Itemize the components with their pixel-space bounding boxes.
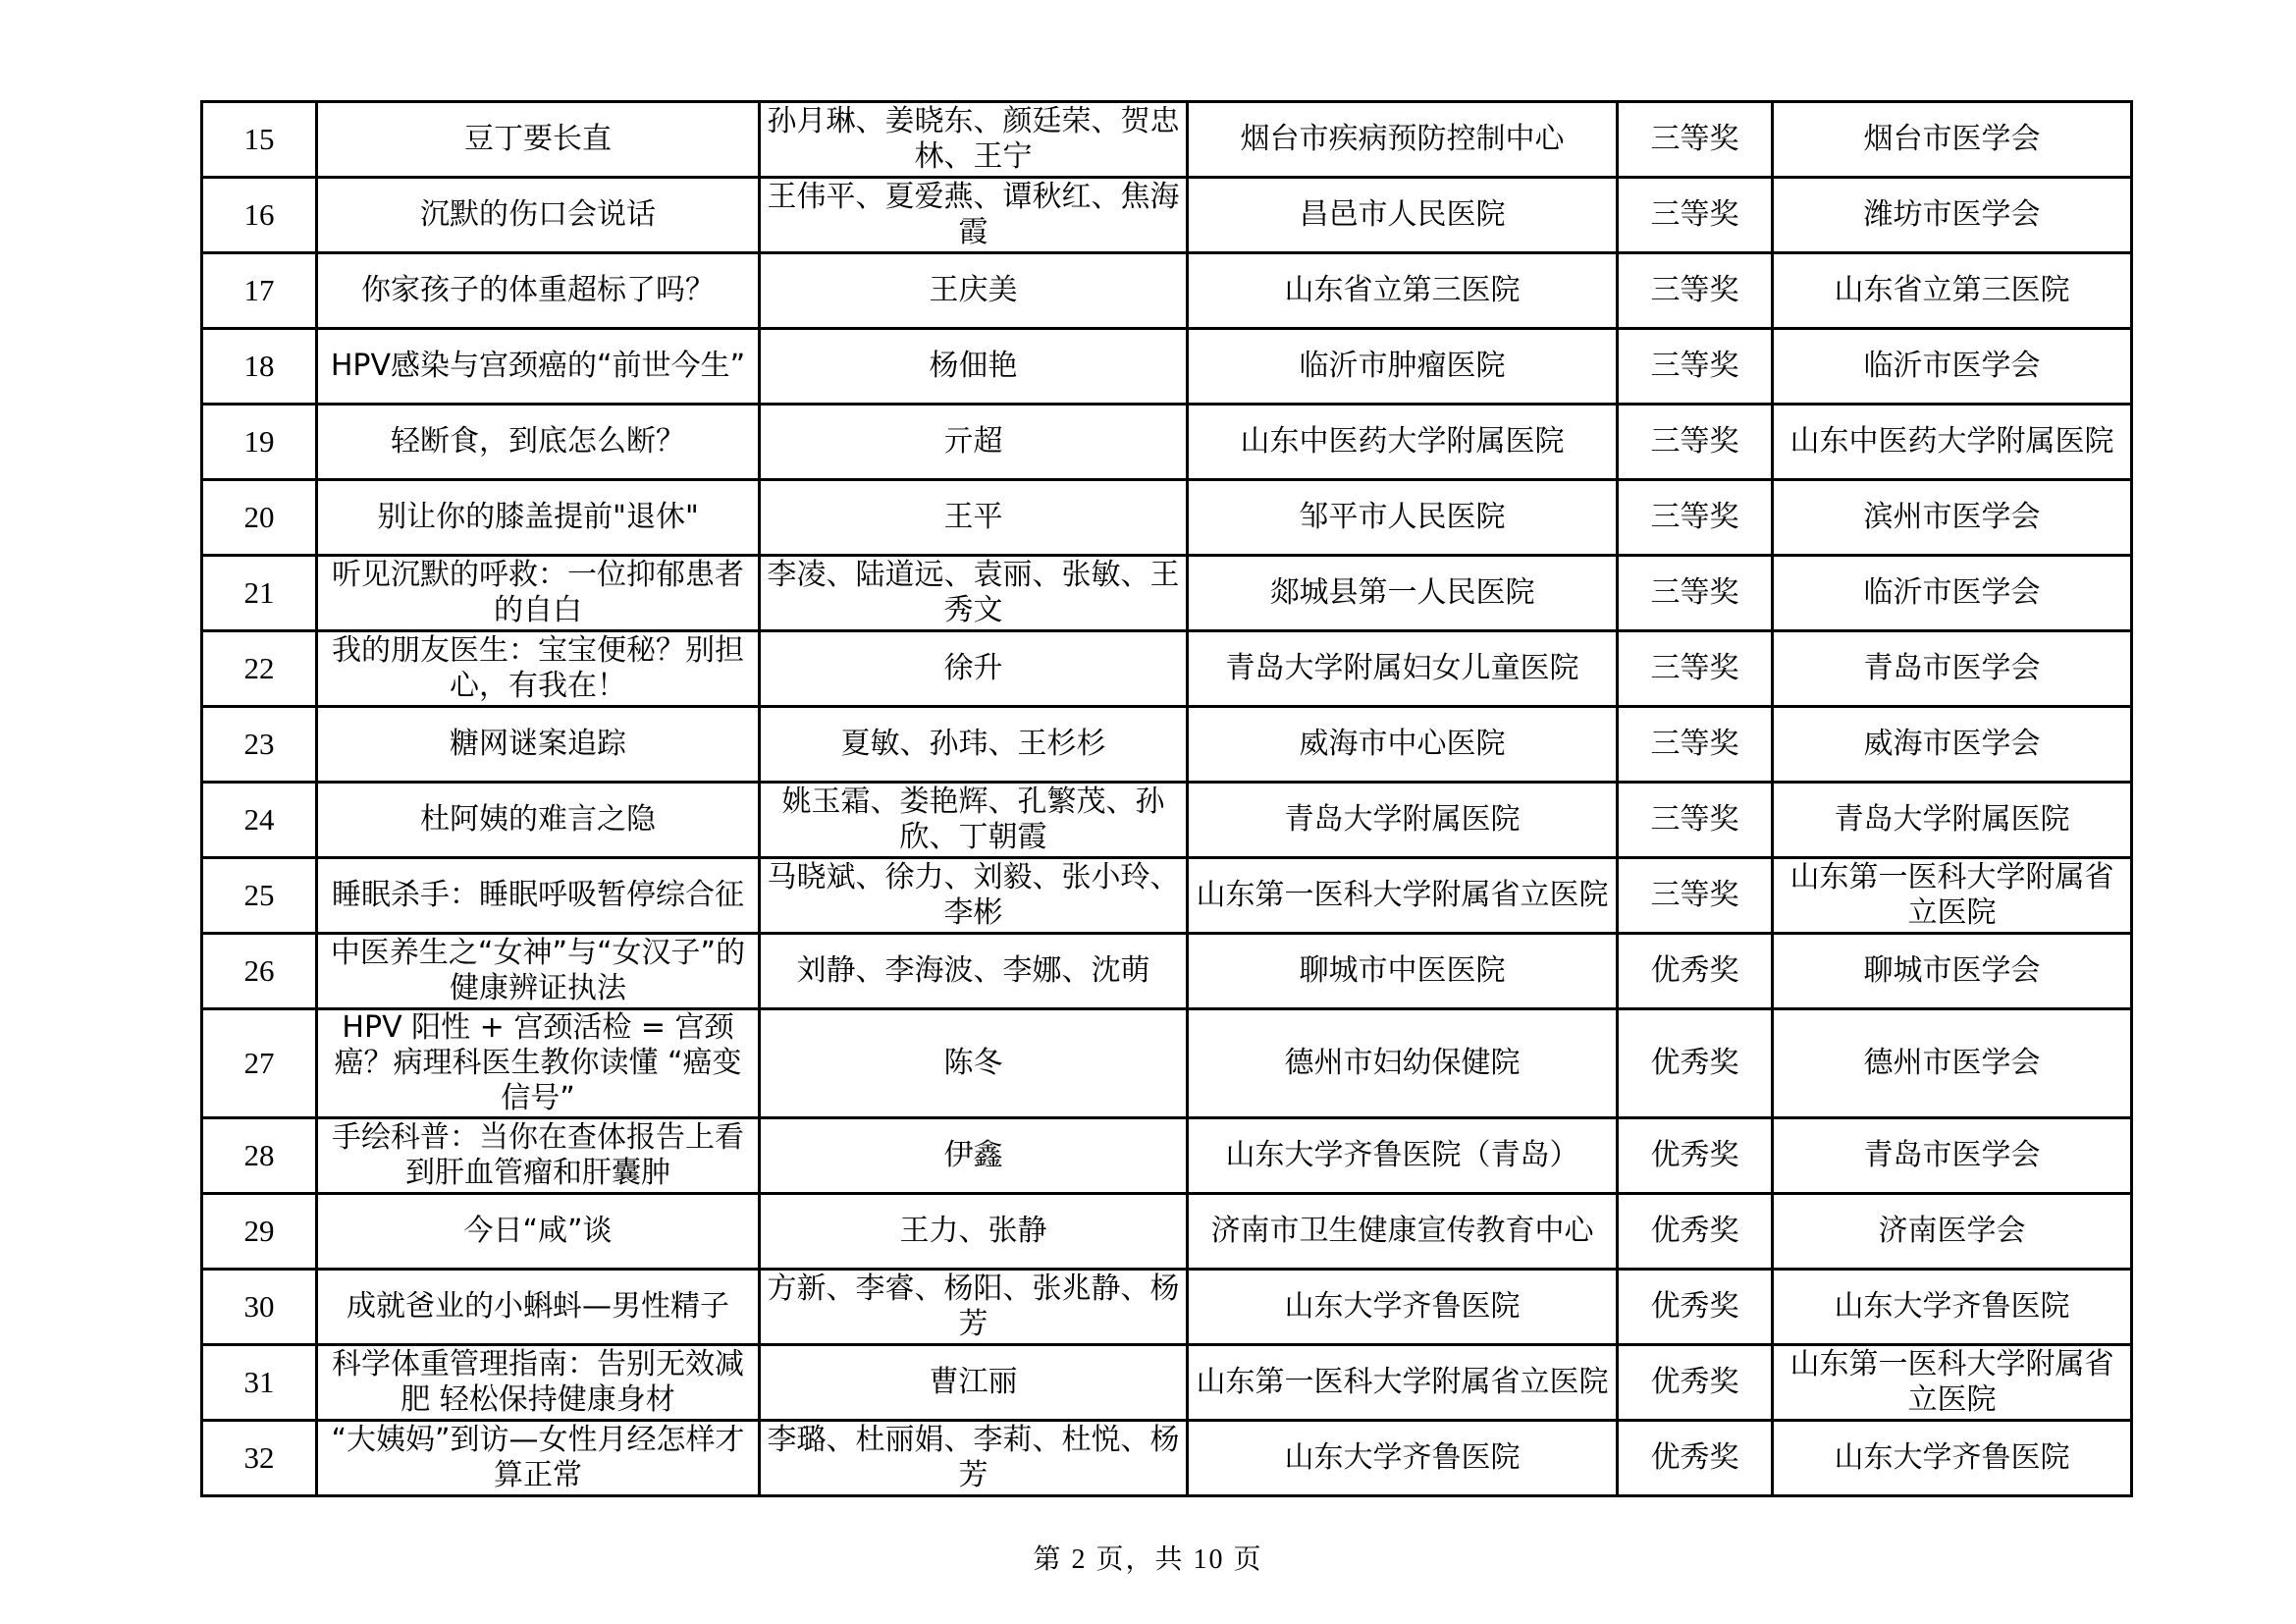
recommending-unit-cell: 山东第一医科大学附属省立医院 [1773,1345,2132,1421]
work-title-cell: 科学体重管理指南：告别无效减肥 轻松保持健康身材 [317,1345,760,1421]
row-number-cell: 23 [202,707,317,783]
table-row: 24杜阿姨的难言之隐姚玉霜、娄艳辉、孔繁茂、孙欣、丁朝霞青岛大学附属医院三等奖青… [202,783,2132,858]
recommending-unit-cell: 德州市医学会 [1773,1009,2132,1118]
award-level-cell: 优秀奖 [1618,934,1773,1009]
work-title-cell: 豆丁要长直 [317,102,760,178]
institution-cell: 青岛大学附属医院 [1188,783,1618,858]
recommending-unit-cell: 济南医学会 [1773,1194,2132,1270]
row-number-cell: 17 [202,253,317,329]
table-row: 29今日“咸”谈王力、张静济南市卫生健康宣传教育中心优秀奖济南医学会 [202,1194,2132,1270]
recommending-unit-cell: 滨州市医学会 [1773,480,2132,556]
table-body: 15豆丁要长直孙月琳、姜晓东、颜廷荣、贺忠林、王宁烟台市疾病预防控制中心三等奖烟… [202,102,2132,1496]
institution-cell: 济南市卫生健康宣传教育中心 [1188,1194,1618,1270]
authors-cell: 王力、张静 [760,1194,1188,1270]
institution-cell: 山东大学齐鲁医院 [1188,1270,1618,1345]
work-title-cell: HPV感染与宫颈癌的“前世今生” [317,329,760,405]
work-title-cell: 今日“咸”谈 [317,1194,760,1270]
row-number-cell: 31 [202,1345,317,1421]
row-number-cell: 28 [202,1118,317,1194]
recommending-unit-cell: 临沂市医学会 [1773,329,2132,405]
row-number-cell: 20 [202,480,317,556]
work-title-cell: 我的朋友医生：宝宝便秘？别担心，有我在！ [317,631,760,707]
award-level-cell: 三等奖 [1618,253,1773,329]
recommending-unit-cell: 山东大学齐鲁医院 [1773,1421,2132,1496]
table-row: 28手绘科普：当你在查体报告上看到肝血管瘤和肝囊肿伊鑫山东大学齐鲁医院（青岛）优… [202,1118,2132,1194]
institution-cell: 德州市妇幼保健院 [1188,1009,1618,1118]
table-row: 16沉默的伤口会说话王伟平、夏爱燕、谭秋红、焦海霞昌邑市人民医院三等奖潍坊市医学… [202,178,2132,253]
award-list-table: 15豆丁要长直孙月琳、姜晓东、颜廷荣、贺忠林、王宁烟台市疾病预防控制中心三等奖烟… [200,100,2133,1497]
row-number-cell: 25 [202,858,317,934]
award-level-cell: 优秀奖 [1618,1194,1773,1270]
row-number-cell: 18 [202,329,317,405]
institution-cell: 山东省立第三医院 [1188,253,1618,329]
institution-cell: 聊城市中医医院 [1188,934,1618,1009]
work-title-cell: 成就爸业的小蝌蚪—男性精子 [317,1270,760,1345]
award-level-cell: 三等奖 [1618,556,1773,631]
institution-cell: 山东大学齐鲁医院 [1188,1421,1618,1496]
work-title-cell: 你家孩子的体重超标了吗？ [317,253,760,329]
authors-cell: 王庆美 [760,253,1188,329]
recommending-unit-cell: 山东中医药大学附属医院 [1773,405,2132,480]
row-number-cell: 29 [202,1194,317,1270]
table-row: 17你家孩子的体重超标了吗？王庆美山东省立第三医院三等奖山东省立第三医院 [202,253,2132,329]
page-number-footer: 第 2 页，共 10 页 [0,1538,2296,1577]
work-title-cell: 听见沉默的呼救：一位抑郁患者的自白 [317,556,760,631]
row-number-cell: 19 [202,405,317,480]
award-level-cell: 三等奖 [1618,480,1773,556]
table-row: 25睡眠杀手：睡眠呼吸暂停综合征马晓斌、徐力、刘毅、张小玲、李彬山东第一医科大学… [202,858,2132,934]
row-number-cell: 27 [202,1009,317,1118]
award-level-cell: 优秀奖 [1618,1270,1773,1345]
table-row: 23糖网谜案追踪夏敏、孙玮、王杉杉威海市中心医院三等奖威海市医学会 [202,707,2132,783]
recommending-unit-cell: 山东大学齐鲁医院 [1773,1270,2132,1345]
recommending-unit-cell: 青岛市医学会 [1773,1118,2132,1194]
row-number-cell: 16 [202,178,317,253]
recommending-unit-cell: 山东省立第三医院 [1773,253,2132,329]
award-level-cell: 优秀奖 [1618,1421,1773,1496]
work-title-cell: 杜阿姨的难言之隐 [317,783,760,858]
authors-cell: 杨佃艳 [760,329,1188,405]
recommending-unit-cell: 潍坊市医学会 [1773,178,2132,253]
authors-cell: 王平 [760,480,1188,556]
work-title-cell: 轻断食，到底怎么断？ [317,405,760,480]
authors-cell: 王伟平、夏爱燕、谭秋红、焦海霞 [760,178,1188,253]
award-level-cell: 三等奖 [1618,707,1773,783]
authors-cell: 马晓斌、徐力、刘毅、张小玲、李彬 [760,858,1188,934]
recommending-unit-cell: 青岛市医学会 [1773,631,2132,707]
work-title-cell: 沉默的伤口会说话 [317,178,760,253]
award-level-cell: 三等奖 [1618,405,1773,480]
table-row: 21听见沉默的呼救：一位抑郁患者的自白李凌、陆道远、袁丽、张敏、王秀文郯城县第一… [202,556,2132,631]
table-row: 18HPV感染与宫颈癌的“前世今生”杨佃艳临沂市肿瘤医院三等奖临沂市医学会 [202,329,2132,405]
award-level-cell: 三等奖 [1618,783,1773,858]
authors-cell: 陈冬 [760,1009,1188,1118]
recommending-unit-cell: 烟台市医学会 [1773,102,2132,178]
authors-cell: 姚玉霜、娄艳辉、孔繁茂、孙欣、丁朝霞 [760,783,1188,858]
recommending-unit-cell: 威海市医学会 [1773,707,2132,783]
row-number-cell: 15 [202,102,317,178]
work-title-cell: 手绘科普：当你在查体报告上看到肝血管瘤和肝囊肿 [317,1118,760,1194]
award-level-cell: 优秀奖 [1618,1345,1773,1421]
authors-cell: 夏敏、孙玮、王杉杉 [760,707,1188,783]
institution-cell: 烟台市疾病预防控制中心 [1188,102,1618,178]
authors-cell: 徐升 [760,631,1188,707]
authors-cell: 李凌、陆道远、袁丽、张敏、王秀文 [760,556,1188,631]
institution-cell: 郯城县第一人民医院 [1188,556,1618,631]
table-row: 26中医养生之“女神”与“女汉子”的健康辨证执法刘静、李海波、李娜、沈萌聊城市中… [202,934,2132,1009]
row-number-cell: 21 [202,556,317,631]
institution-cell: 山东第一医科大学附属省立医院 [1188,1345,1618,1421]
award-level-cell: 优秀奖 [1618,1009,1773,1118]
institution-cell: 邹平市人民医院 [1188,480,1618,556]
row-number-cell: 24 [202,783,317,858]
table-row: 31科学体重管理指南：告别无效减肥 轻松保持健康身材曹江丽山东第一医科大学附属省… [202,1345,2132,1421]
row-number-cell: 32 [202,1421,317,1496]
authors-cell: 李璐、杜丽娟、李莉、杜悦、杨芳 [760,1421,1188,1496]
row-number-cell: 22 [202,631,317,707]
table-row: 30成就爸业的小蝌蚪—男性精子方新、李睿、杨阳、张兆静、杨芳山东大学齐鲁医院优秀… [202,1270,2132,1345]
authors-cell: 孙月琳、姜晓东、颜廷荣、贺忠林、王宁 [760,102,1188,178]
institution-cell: 昌邑市人民医院 [1188,178,1618,253]
work-title-cell: 糖网谜案追踪 [317,707,760,783]
authors-cell: 刘静、李海波、李娜、沈萌 [760,934,1188,1009]
table-row: 27HPV 阳性 + 宫颈活检 = 宫颈癌？病理科医生教你读懂 “癌变信号”陈冬… [202,1009,2132,1118]
award-level-cell: 优秀奖 [1618,1118,1773,1194]
award-level-cell: 三等奖 [1618,329,1773,405]
authors-cell: 方新、李睿、杨阳、张兆静、杨芳 [760,1270,1188,1345]
table-row: 19轻断食，到底怎么断？亓超山东中医药大学附属医院三等奖山东中医药大学附属医院 [202,405,2132,480]
institution-cell: 临沂市肿瘤医院 [1188,329,1618,405]
row-number-cell: 30 [202,1270,317,1345]
table-row: 32“大姨妈”到访—女性月经怎样才算正常李璐、杜丽娟、李莉、杜悦、杨芳山东大学齐… [202,1421,2132,1496]
award-level-cell: 三等奖 [1618,102,1773,178]
institution-cell: 青岛大学附属妇女儿童医院 [1188,631,1618,707]
award-level-cell: 三等奖 [1618,858,1773,934]
table-row: 22我的朋友医生：宝宝便秘？别担心，有我在！徐升青岛大学附属妇女儿童医院三等奖青… [202,631,2132,707]
work-title-cell: HPV 阳性 + 宫颈活检 = 宫颈癌？病理科医生教你读懂 “癌变信号” [317,1009,760,1118]
recommending-unit-cell: 青岛大学附属医院 [1773,783,2132,858]
authors-cell: 曹江丽 [760,1345,1188,1421]
work-title-cell: “大姨妈”到访—女性月经怎样才算正常 [317,1421,760,1496]
table-row: 15豆丁要长直孙月琳、姜晓东、颜廷荣、贺忠林、王宁烟台市疾病预防控制中心三等奖烟… [202,102,2132,178]
institution-cell: 山东中医药大学附属医院 [1188,405,1618,480]
recommending-unit-cell: 山东第一医科大学附属省立医院 [1773,858,2132,934]
authors-cell: 亓超 [760,405,1188,480]
award-level-cell: 三等奖 [1618,178,1773,253]
work-title-cell: 中医养生之“女神”与“女汉子”的健康辨证执法 [317,934,760,1009]
institution-cell: 威海市中心医院 [1188,707,1618,783]
authors-cell: 伊鑫 [760,1118,1188,1194]
award-level-cell: 三等奖 [1618,631,1773,707]
work-title-cell: 睡眠杀手：睡眠呼吸暂停综合征 [317,858,760,934]
recommending-unit-cell: 临沂市医学会 [1773,556,2132,631]
institution-cell: 山东大学齐鲁医院（青岛） [1188,1118,1618,1194]
table-row: 20别让你的膝盖提前"退休"王平邹平市人民医院三等奖滨州市医学会 [202,480,2132,556]
recommending-unit-cell: 聊城市医学会 [1773,934,2132,1009]
institution-cell: 山东第一医科大学附属省立医院 [1188,858,1618,934]
work-title-cell: 别让你的膝盖提前"退休" [317,480,760,556]
row-number-cell: 26 [202,934,317,1009]
